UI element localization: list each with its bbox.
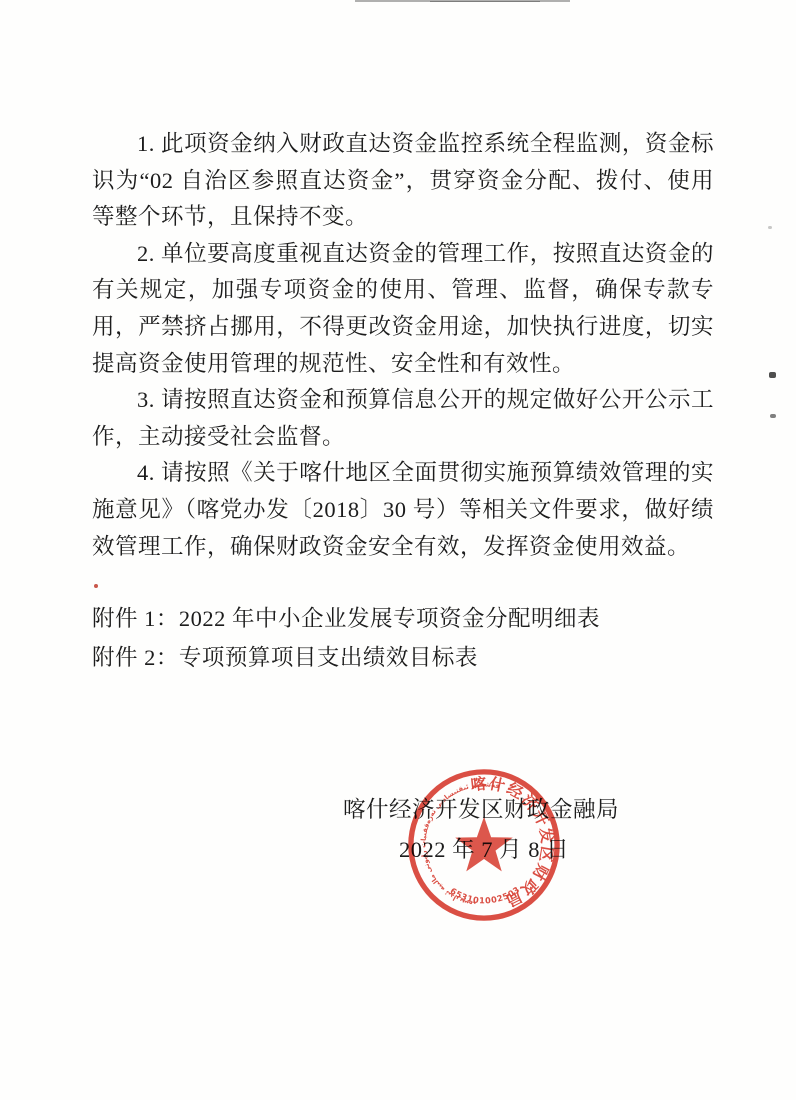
body-paragraph: 1. 此项资金纳入财政直达资金监控系统全程监测，资金标识为“02 自治区参照直达… (92, 126, 714, 236)
official-seal-stamp: 喀什经济开发区财政局 قەشقەر ئىقتىسادىي تەرەققىيات … (406, 767, 562, 923)
document-body: 1. 此项资金纳入财政直达资金监控系统全程监测，资金标识为“02 自治区参照直达… (92, 126, 714, 565)
attachment-line: 附件 1：2022 年中小企业发展专项资金分配明细表 (92, 600, 732, 639)
body-paragraph: 3. 请按照直达资金和预算信息公开的规定做好公开公示工作，主动接受社会监督。 (92, 382, 714, 455)
scan-speck (770, 414, 776, 418)
body-paragraph: 4. 请按照《关于喀什地区全面贯彻实施预算绩效管理的实施意见》（喀党办发〔201… (92, 455, 714, 565)
stamp-star-icon (455, 817, 513, 872)
scan-artifact-line (430, 1, 540, 2)
body-paragraph: 2. 单位要高度重视直达资金的管理工作，按照直达资金的有关规定，加强专项资金的使… (92, 236, 714, 382)
attachment-line: 附件 2：专项预算项目支出绩效目标表 (92, 639, 732, 678)
scanned-document-page: 1. 此项资金纳入财政直达资金监控系统全程监测，资金标识为“02 自治区参照直达… (0, 0, 796, 1100)
scan-speck (768, 226, 772, 229)
attachment-list: 附件 1：2022 年中小企业发展专项资金分配明细表附件 2：专项预算项目支出绩… (92, 600, 732, 677)
red-ink-speck (94, 584, 98, 588)
scan-speck (769, 372, 776, 378)
